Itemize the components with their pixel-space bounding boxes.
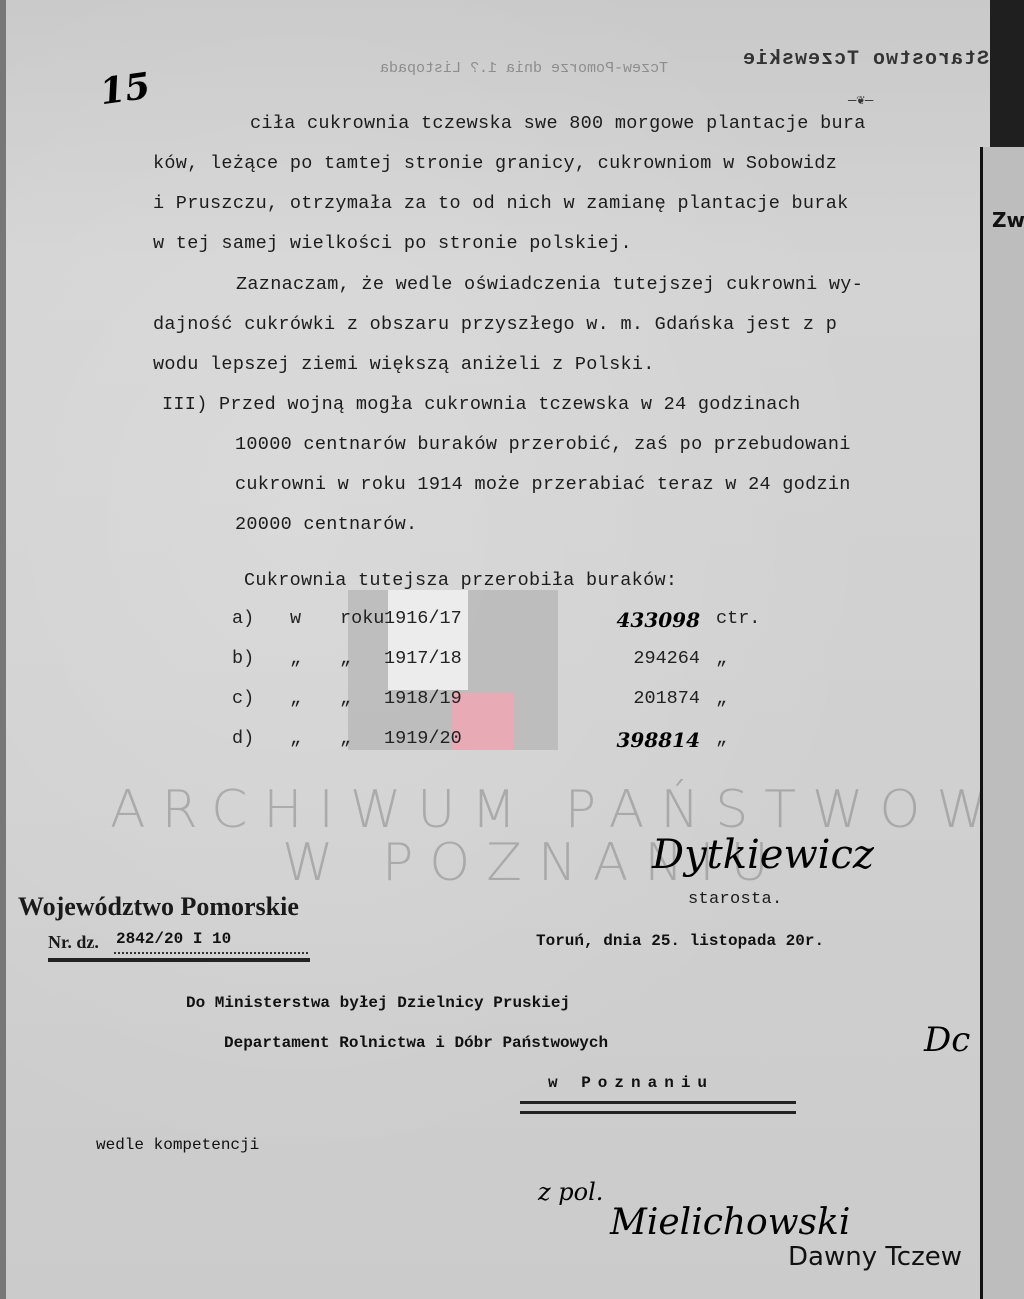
ref-number: 2842/20 I 10 xyxy=(116,930,231,948)
scan-edge xyxy=(0,0,6,1299)
recipient-line: w Poznaniu xyxy=(548,1074,714,1092)
row-unit: „ xyxy=(716,688,727,709)
adjacent-page-tab xyxy=(980,147,1024,1299)
scan-background xyxy=(990,0,1024,150)
row-prefix: w xyxy=(290,608,301,629)
body-line: ków, leżące po tamtej stronie granicy, c… xyxy=(153,153,837,174)
body-line: 20000 centnarów. xyxy=(235,514,417,535)
body-line: 10000 centnarów buraków przerobić, zaś p… xyxy=(235,434,851,455)
body-line: cukrowni w roku 1914 może przerabiać ter… xyxy=(235,474,851,495)
row-year: 1916/17 xyxy=(384,608,462,629)
forward-note: wedle kompetencji xyxy=(96,1136,259,1154)
archive-stamp-block xyxy=(388,590,468,690)
document-page: Tczew-Pomorze dnia 1.? Listopada Starost… xyxy=(0,0,990,1299)
folio-number: 15 xyxy=(97,65,152,114)
row-year: 1918/19 xyxy=(384,688,462,709)
body-line: ciła cukrownia tczewska swe 800 morgowe … xyxy=(250,113,866,134)
signature-title: starosta. xyxy=(688,890,783,909)
source-credit: Dawny Tczew xyxy=(788,1242,962,1272)
row-value: 398814 xyxy=(590,728,700,752)
body-line: Zaznaczam, że wedle oświadczenia tutejsz… xyxy=(236,274,863,295)
row-prefix: „ xyxy=(290,688,301,709)
table-intro: Cukrownia tutejsza przerobiła buraków: xyxy=(244,570,677,591)
bleed-through-text: Tczew-Pomorze dnia 1.? Listopada xyxy=(380,60,668,77)
mirrored-letterhead: Starostwo Tczewskie xyxy=(742,48,989,71)
row-value: 433098 xyxy=(590,608,700,632)
row-label: d) xyxy=(232,728,254,749)
recipient-line: Do Ministerstwa byłej Dzielnicy Pruskiej xyxy=(186,994,570,1012)
archive-watermark: ARCHIWUM PAŃSTWOWE xyxy=(110,780,1024,840)
row-prefix: „ xyxy=(340,648,351,669)
body-line: i Pruszczu, otrzymała za to od nich w za… xyxy=(153,193,849,214)
signature-prefix: z pol. xyxy=(538,1178,603,1206)
recipient-double-rule xyxy=(520,1101,796,1114)
row-label: b) xyxy=(232,648,254,669)
recipient-line: Departament Rolnictwa i Dóbr Państwowych xyxy=(224,1034,608,1052)
row-unit: ctr. xyxy=(716,608,760,629)
body-line: w tej samej wielkości po stronie polskie… xyxy=(153,233,632,254)
second-signature: Mielichowski xyxy=(610,1202,850,1243)
row-prefix: „ xyxy=(290,648,301,669)
ref-dotted-rule xyxy=(114,952,308,954)
row-unit: „ xyxy=(716,648,727,669)
ref-label: Nr. dz. xyxy=(48,932,99,953)
row-prefix: „ xyxy=(290,728,301,749)
row-label: c) xyxy=(232,688,254,709)
row-label: a) xyxy=(232,608,254,629)
row-year: 1919/20 xyxy=(384,728,462,749)
place-date: Toruń, dnia 25. listopada 20r. xyxy=(536,932,824,950)
row-value: 201874 xyxy=(590,688,700,709)
margin-note: Dc xyxy=(924,1020,970,1060)
row-prefix: roku xyxy=(340,608,384,629)
voivodeship-stamp: Województwo Pomorskie xyxy=(18,892,299,922)
starosta-signature: Dytkiewicz xyxy=(652,832,874,878)
adjacent-page-label: Zw xyxy=(992,208,1024,232)
row-prefix: „ xyxy=(340,688,351,709)
body-line: III) Przed wojną mogła cukrownia tczewsk… xyxy=(162,394,801,415)
ref-rule xyxy=(48,958,310,962)
row-prefix: „ xyxy=(340,728,351,749)
row-year: 1917/18 xyxy=(384,648,462,669)
ornament-divider: —❦— xyxy=(848,92,873,109)
body-line: dajność cukrówki z obszaru przyszłego w.… xyxy=(153,314,837,335)
body-line: wodu lepszej ziemi większą aniżeli z Pol… xyxy=(153,354,655,375)
row-value: 294264 xyxy=(590,648,700,669)
row-unit: „ xyxy=(716,728,727,749)
